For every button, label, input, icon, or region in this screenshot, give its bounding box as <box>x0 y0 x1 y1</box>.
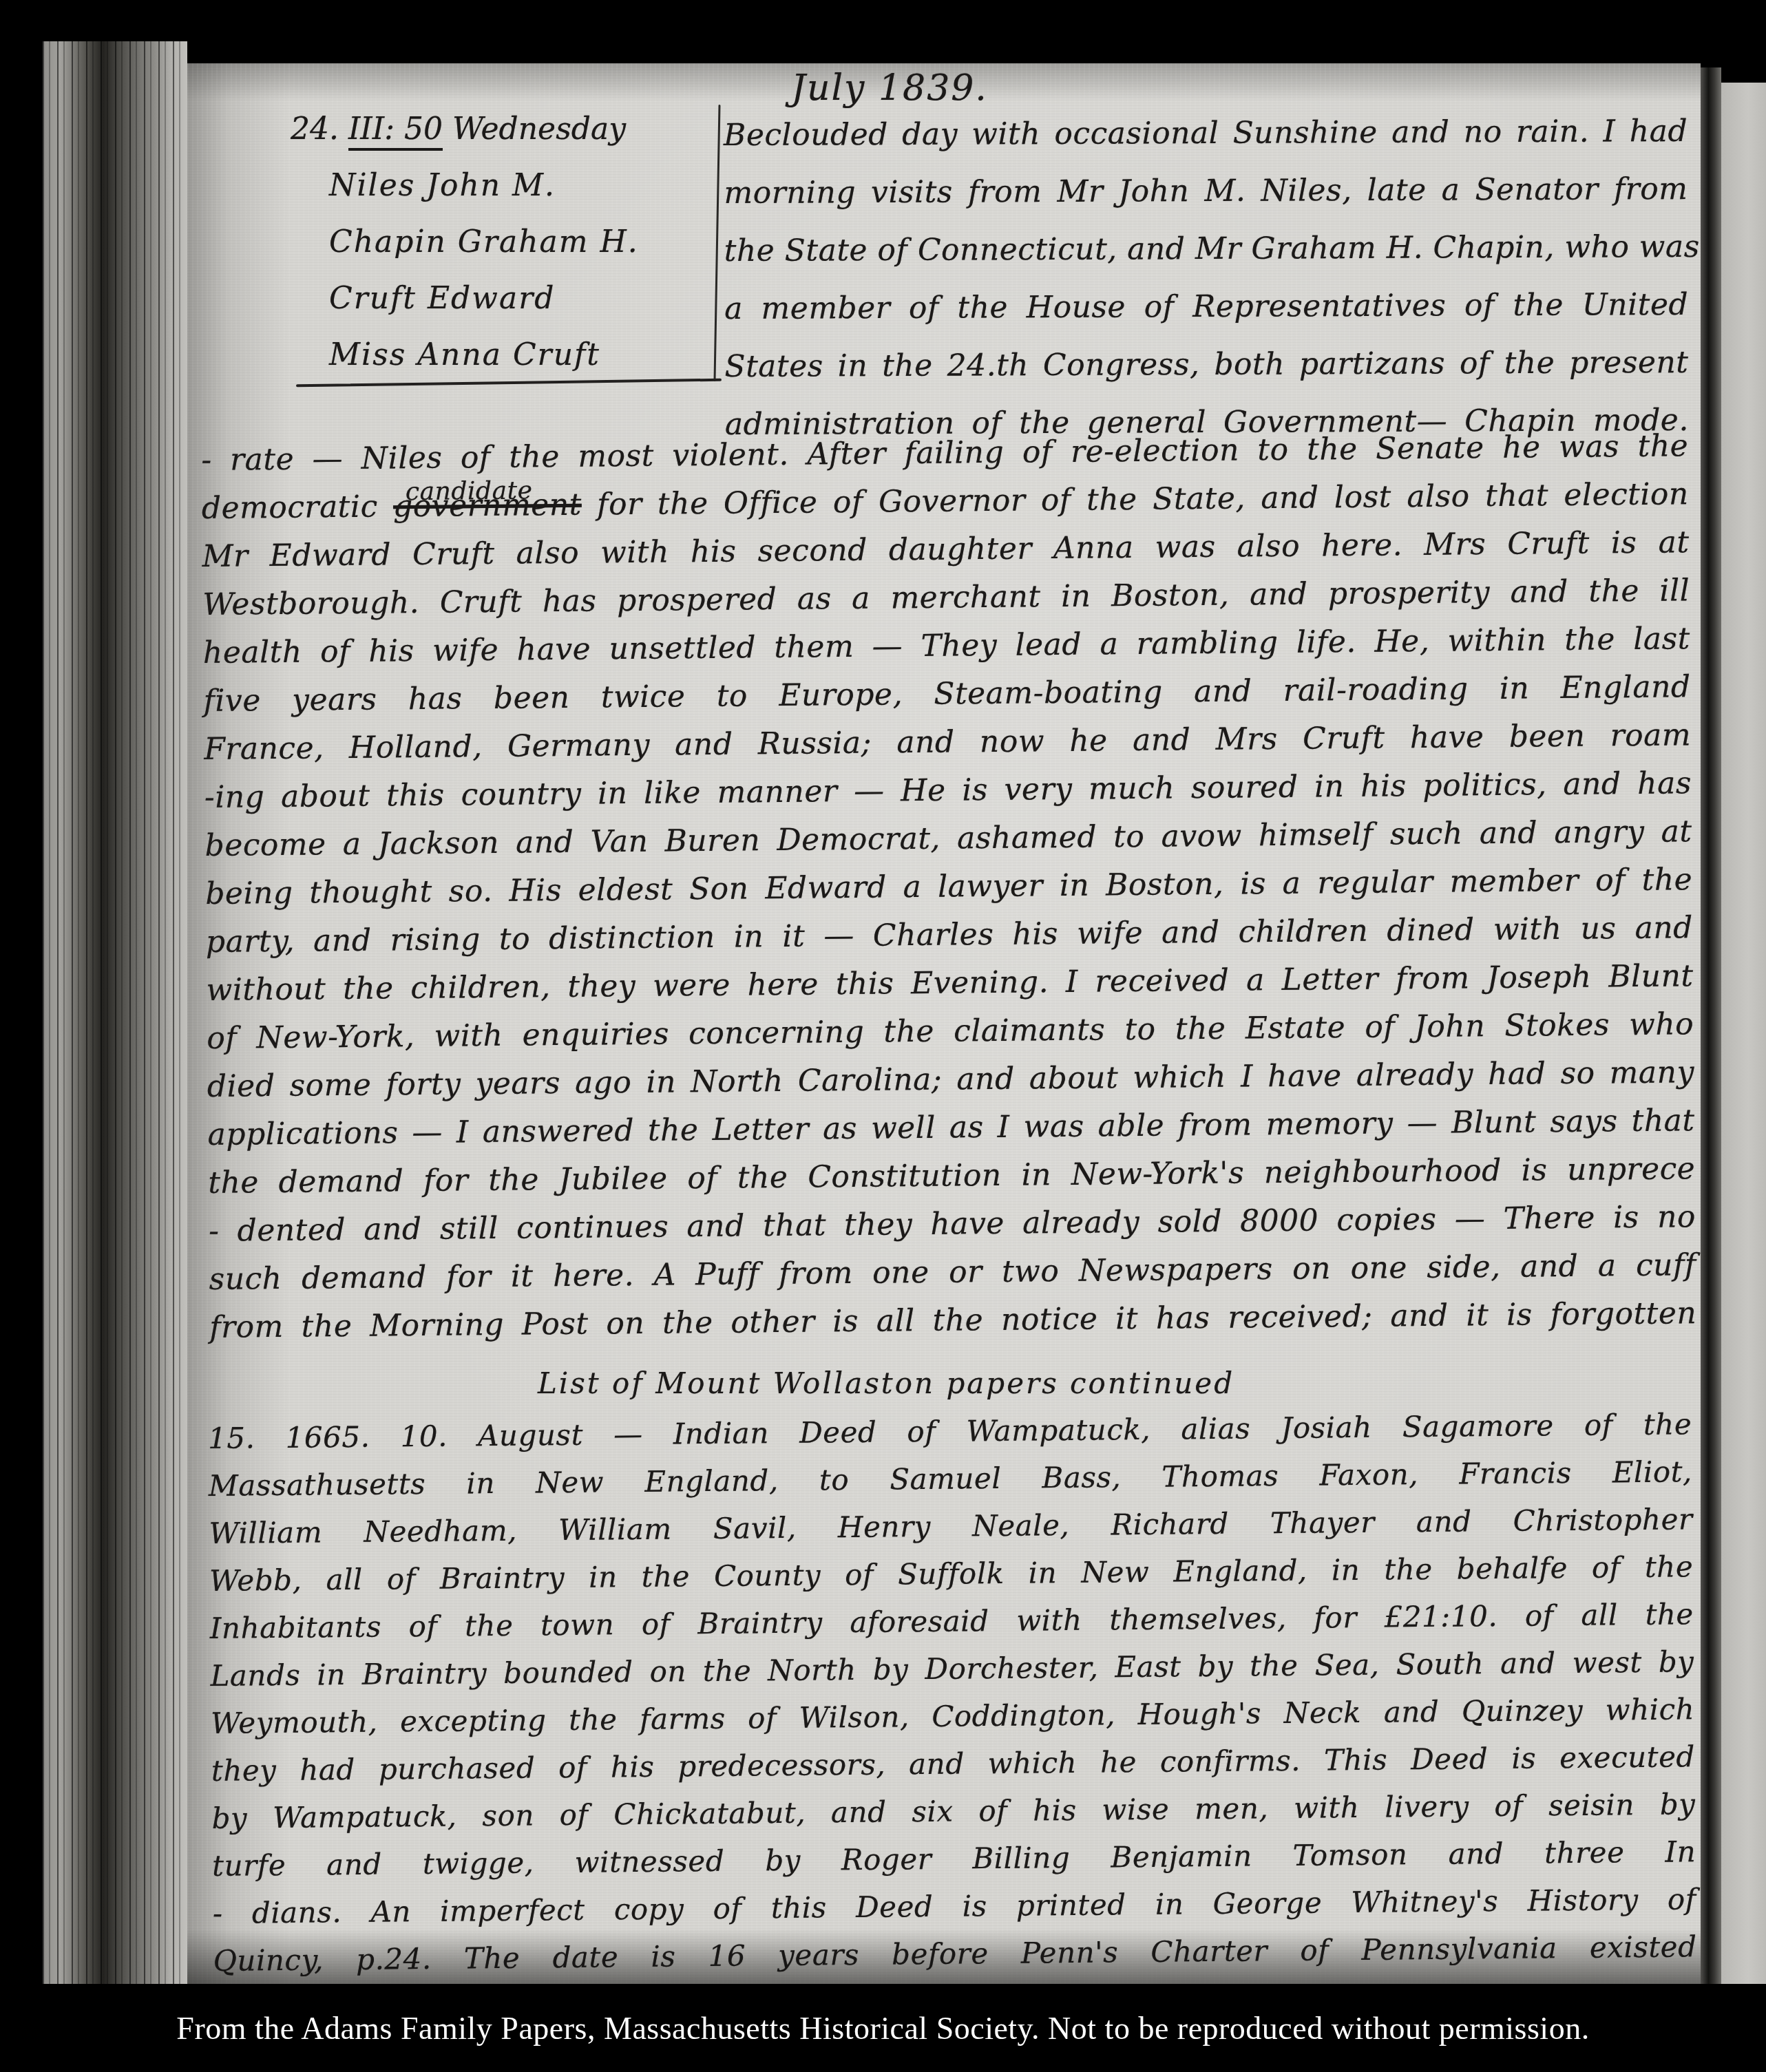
wollaston-papers-list: 15. 1665. 10. August — Indian Deed of Wa… <box>208 1407 1697 1991</box>
visitor-name: Chapin Graham H. <box>291 224 717 281</box>
manuscript-page: July 1839. 24. III: 50 Wednesday Niles J… <box>187 63 1701 1984</box>
manuscript-line: Quincy, p.24. The date is 16 years befor… <box>213 1930 1697 1991</box>
entry-time: III: 50 <box>348 112 443 151</box>
entry-body-text: - rate — Niles of the most violent. Afte… <box>201 428 1697 1358</box>
manuscript-line: States in the 24.th Congress, both parti… <box>724 345 1688 407</box>
copyright-caption: From the Adams Family Papers, Massachuse… <box>176 2010 1589 2047</box>
correction-group: candidategovernment <box>393 487 582 525</box>
list-section-heading: List of Mount Wollaston papers continued <box>187 1366 1585 1400</box>
visitor-name-list: Niles John M.Chapin Graham H.Cruft Edwar… <box>291 168 717 394</box>
entry-margin-block: 24. III: 50 Wednesday Niles John M.Chapi… <box>291 112 717 394</box>
month-header: July 1839. <box>187 67 1592 109</box>
entry-day: 24. <box>291 112 339 147</box>
line-text: democratic <box>202 489 394 526</box>
book-page-edges <box>43 41 187 1984</box>
next-page-edge <box>1721 83 1766 1984</box>
caption-band: From the Adams Family Papers, Massachuse… <box>0 1984 1766 2072</box>
entry-weekday: Wednesday <box>452 112 626 147</box>
manuscript-line: the State of Connecticut, and Mr Graham … <box>724 229 1688 291</box>
manuscript-line: a member of the House of Representatives… <box>724 287 1688 349</box>
entry-dateline: 24. III: 50 Wednesday <box>291 112 717 168</box>
visitor-name: Cruft Edward <box>291 281 717 337</box>
visitor-name: Niles John M. <box>291 168 717 224</box>
manuscript-line: Beclouded day with occasional Sunshine a… <box>724 114 1688 176</box>
page-fold-line <box>1701 67 1721 1984</box>
scanned-diary-page: { "scan": { "caption": "From the Adams F… <box>0 0 1766 2072</box>
inserted-word: candidate <box>406 476 533 506</box>
manuscript-line: morning visits from Mr John M. Niles, la… <box>724 171 1688 233</box>
entry-intro-column: Beclouded day with occasional Sunshine a… <box>724 114 1689 465</box>
